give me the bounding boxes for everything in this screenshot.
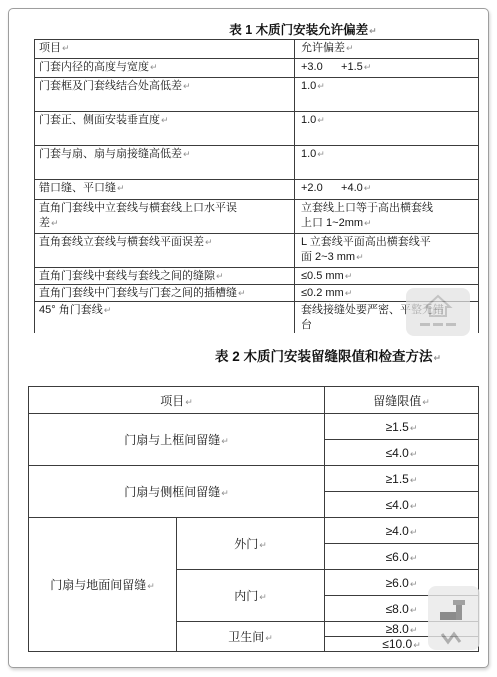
cell-text: ≥8.0 <box>386 622 409 636</box>
table1-value-cell: +2.0 +4.0↵ <box>295 180 479 200</box>
table2-value-cell: ≤8.0↵ <box>325 596 479 622</box>
table2-gap-limits: 项目↵ 留缝限值↵ 门扇与上框间留缝↵ ≥1.5↵ ≤4.0↵ 门扇与侧框间留缝… <box>28 386 479 652</box>
cell-text: ≤4.0 <box>386 446 409 460</box>
cell-text: 门套内径的高度与宽度 <box>39 61 149 73</box>
cell-text: ≥6.0 <box>386 576 409 590</box>
paragraph-mark-icon: ↵ <box>221 436 229 446</box>
cell-text: 1.0 <box>301 114 316 126</box>
paragraph-mark-icon: ↵ <box>317 115 325 125</box>
paragraph-mark-icon: ↵ <box>410 605 418 615</box>
paragraph-mark-icon: ↵ <box>183 81 191 91</box>
paragraph-mark-icon: ↵ <box>183 149 191 159</box>
table1-value-cell: 立套线上口等于高出横套线 上口 1~2mm↵ <box>295 200 479 234</box>
table2-value-cell: ≤10.0↵ <box>325 637 479 652</box>
table2-section-label-cell: 门扇与侧框间留缝↵ <box>29 466 325 518</box>
cell-text: 直角门套线中套线与套线之间的缝隙 <box>39 270 215 282</box>
paragraph-mark-icon: ↵ <box>422 397 430 407</box>
cell-text: 直角套线立套线与横套线平面误差 <box>39 236 204 248</box>
cell-text: +2.0 +4.0 <box>301 182 363 194</box>
table1-title: 表 1 木质门安装允许偏差↵ <box>117 20 489 38</box>
table-row: 错口缝、平口缝↵ +2.0 +4.0↵ <box>35 180 479 200</box>
paragraph-mark-icon: ↵ <box>346 43 354 53</box>
table1-value-cell: +3.0 +1.5↵ <box>295 59 479 78</box>
cell-text: 错口缝、平口缝 <box>39 182 116 194</box>
table2-value-cell: ≥6.0↵ <box>325 570 479 596</box>
table-row: 门套与扇、扇与扇接缝高低差↵ 1.0↵ <box>35 146 479 180</box>
table1-item-cell: 错口缝、平口缝↵ <box>35 180 295 200</box>
cell-text: 门套正、侧面安装垂直度 <box>39 114 160 126</box>
table1-container: 项目↵ 允许偏差↵ 门套内径的高度与宽度↵ +3.0 +1.5↵ 门套框及门套线… <box>34 39 480 333</box>
table2-header-value-cell: 留缝限值↵ <box>325 387 479 414</box>
table2-value-cell: ≥1.5↵ <box>325 466 479 492</box>
document-page-view: { "marks": { "pilcrow": "↵" }, "table1":… <box>0 0 497 677</box>
cell-text: ≥1.5 <box>386 472 409 486</box>
paragraph-mark-icon: ↵ <box>317 81 325 91</box>
cell-text: 门扇与地面间留缝 <box>50 578 146 592</box>
paragraph-mark-icon: ↵ <box>410 449 418 459</box>
paragraph-mark-icon: ↵ <box>62 43 70 53</box>
cell-text: 1.0 <box>301 148 316 160</box>
cell-text: 套线接缝处要严密、平整无错 台 <box>301 304 444 331</box>
cell-text: 门扇与上框间留缝 <box>124 433 220 447</box>
table-row: 门扇与侧框间留缝↵ ≥1.5↵ <box>29 466 479 492</box>
cell-text: ≤6.0 <box>386 550 409 564</box>
table2-header-row: 项目↵ 留缝限值↵ <box>29 387 479 414</box>
table1-item-cell: 直角套线立套线与横套线平面误差↵ <box>35 234 295 268</box>
paragraph-mark-icon: ↵ <box>364 62 372 72</box>
paragraph-mark-icon: ↵ <box>147 581 155 591</box>
table1-value-cell: ≤0.2 mm↵ <box>295 285 479 302</box>
paragraph-mark-icon: ↵ <box>410 501 418 511</box>
table1-value-cell: 套线接缝处要严密、平整无错 台 <box>295 302 479 334</box>
paragraph-mark-icon: ↵ <box>259 592 267 602</box>
table1-item-cell: 45° 角门套线↵ <box>35 302 295 334</box>
paragraph-mark-icon: ↵ <box>413 640 421 650</box>
table-row: 门扇与上框间留缝↵ ≥1.5↵ <box>29 414 479 440</box>
table1-value-cell: L 立套线平面高出横套线平 面 2~3 mm↵ <box>295 234 479 268</box>
cell-text: 1.0 <box>301 80 316 92</box>
cell-text: 直角门套线中立套线与横套线上口水平误 差 <box>39 202 237 229</box>
table2-container: 项目↵ 留缝限值↵ 门扇与上框间留缝↵ ≥1.5↵ ≤4.0↵ 门扇与侧框间留缝… <box>28 386 479 652</box>
table1-header-item-cell: 项目↵ <box>35 40 295 59</box>
cell-text: ≥4.0 <box>386 524 409 538</box>
table-row: 直角门套线中立套线与横套线上口水平误 差↵ 立套线上口等于高出横套线 上口 1~… <box>35 200 479 234</box>
table-row: 直角门套线中套线与套线之间的缝隙↵ ≤0.5 mm↵ <box>35 268 479 285</box>
table1-item-cell: 门套框及门套线结合处高低差↵ <box>35 78 295 112</box>
cell-text: 项目 <box>160 394 184 408</box>
table1-header-row: 项目↵ 允许偏差↵ <box>35 40 479 59</box>
table-row: 直角门套线中门套线与门套之间的插槽缝↵ ≤0.2 mm↵ <box>35 285 479 302</box>
table-row: 门扇与地面间留缝↵ 外门↵ ≥4.0↵ <box>29 518 479 544</box>
cell-text: ≤0.2 mm <box>301 287 344 299</box>
table1-title-text: 表 1 木质门安装允许偏差 <box>229 23 368 37</box>
table2-section-label-cell: 门扇与地面间留缝↵ <box>29 518 177 652</box>
paragraph-mark-icon: ↵ <box>410 625 418 635</box>
table2-title: 表 2 木质门安装留缝限值和检查方法↵ <box>128 345 497 365</box>
table1-value-cell: 1.0↵ <box>295 78 479 112</box>
paragraph-mark-icon: ↵ <box>433 353 441 363</box>
paragraph-mark-icon: ↵ <box>185 397 193 407</box>
table-row: 直角套线立套线与横套线平面误差↵ L 立套线平面高出横套线平 面 2~3 mm↵ <box>35 234 479 268</box>
paragraph-mark-icon: ↵ <box>345 288 353 298</box>
table2-subitem-cell: 外门↵ <box>177 518 325 570</box>
cell-text: L 立套线平面高出横套线平 面 2~3 mm <box>301 236 431 263</box>
cell-text: 门套与扇、扇与扇接缝高低差 <box>39 148 182 160</box>
table-row: 45° 角门套线↵ 套线接缝处要严密、平整无错 台 <box>35 302 479 334</box>
table-row: 门套框及门套线结合处高低差↵ 1.0↵ <box>35 78 479 112</box>
table2-subitem-cell: 卫生间↵ <box>177 622 325 652</box>
table2-header-item-cell: 项目↵ <box>29 387 325 414</box>
paragraph-mark-icon: ↵ <box>364 218 372 228</box>
table2-value-cell: ≤4.0↵ <box>325 440 479 466</box>
paragraph-mark-icon: ↵ <box>259 540 267 550</box>
cell-text: 留缝限值 <box>373 394 421 408</box>
table2-value-cell: ≥4.0↵ <box>325 518 479 544</box>
table2-title-text: 表 2 木质门安装留缝限值和检查方法 <box>215 349 433 364</box>
paragraph-mark-icon: ↵ <box>161 115 169 125</box>
paragraph-mark-icon: ↵ <box>410 553 418 563</box>
table2-section-label-cell: 门扇与上框间留缝↵ <box>29 414 325 466</box>
paragraph-mark-icon: ↵ <box>104 305 112 315</box>
cell-text: 项目 <box>39 42 61 54</box>
paragraph-mark-icon: ↵ <box>410 527 418 537</box>
paragraph-mark-icon: ↵ <box>117 183 125 193</box>
table1-header-value-cell: 允许偏差↵ <box>295 40 479 59</box>
cell-text: 直角门套线中门套线与门套之间的插槽缝 <box>39 287 237 299</box>
cell-text: 允许偏差 <box>301 42 345 54</box>
paragraph-mark-icon: ↵ <box>369 26 377 36</box>
cell-text: 外门 <box>234 537 258 551</box>
table2-value-cell: ≥1.5↵ <box>325 414 479 440</box>
table1-item-cell: 门套与扇、扇与扇接缝高低差↵ <box>35 146 295 180</box>
paragraph-mark-icon: ↵ <box>205 237 213 247</box>
cell-text: ≥1.5 <box>386 420 409 434</box>
cell-text: ≤10.0 <box>382 637 412 651</box>
paragraph-mark-icon: ↵ <box>216 271 224 281</box>
table2-value-cell: ≤6.0↵ <box>325 544 479 570</box>
cell-text: ≤4.0 <box>386 498 409 512</box>
paragraph-mark-icon: ↵ <box>410 423 418 433</box>
paragraph-mark-icon: ↵ <box>364 183 372 193</box>
paragraph-mark-icon: ↵ <box>345 271 353 281</box>
cell-text: 门扇与侧框间留缝 <box>124 485 220 499</box>
paragraph-mark-icon: ↵ <box>238 288 246 298</box>
paragraph-mark-icon: ↵ <box>356 252 364 262</box>
table1-item-cell: 门套正、侧面安装垂直度↵ <box>35 112 295 146</box>
paragraph-mark-icon: ↵ <box>150 62 158 72</box>
paragraph-mark-icon: ↵ <box>221 488 229 498</box>
table1-value-cell: 1.0↵ <box>295 112 479 146</box>
table1-item-cell: 直角门套线中门套线与门套之间的插槽缝↵ <box>35 285 295 302</box>
paragraph-mark-icon: ↵ <box>265 633 273 643</box>
cell-text: +3.0 +1.5 <box>301 61 363 73</box>
table1-item-cell: 门套内径的高度与宽度↵ <box>35 59 295 78</box>
table2-subitem-cell: 内门↵ <box>177 570 325 622</box>
paragraph-mark-icon: ↵ <box>51 218 59 228</box>
table-row: 门套内径的高度与宽度↵ +3.0 +1.5↵ <box>35 59 479 78</box>
table1-item-cell: 直角门套线中套线与套线之间的缝隙↵ <box>35 268 295 285</box>
paragraph-mark-icon: ↵ <box>410 475 418 485</box>
table1-allowable-deviation: 项目↵ 允许偏差↵ 门套内径的高度与宽度↵ +3.0 +1.5↵ 门套框及门套线… <box>34 39 479 333</box>
cell-text: ≤8.0 <box>386 602 409 616</box>
paragraph-mark-icon: ↵ <box>410 579 418 589</box>
cell-text: ≤0.5 mm <box>301 270 344 282</box>
table1-value-cell: 1.0↵ <box>295 146 479 180</box>
table2-value-cell: ≥8.0↵ <box>325 622 479 637</box>
cell-text: 门套框及门套线结合处高低差 <box>39 80 182 92</box>
table1-value-cell: ≤0.5 mm↵ <box>295 268 479 285</box>
document-page: 表 1 木质门安装允许偏差↵ 项目↵ 允许偏差↵ 门套内径的高度与宽度↵ +3.… <box>8 8 489 668</box>
paragraph-mark-icon: ↵ <box>317 149 325 159</box>
cell-text: 内门 <box>234 589 258 603</box>
cell-text: 45° 角门套线 <box>39 304 103 316</box>
table-row: 门套正、侧面安装垂直度↵ 1.0↵ <box>35 112 479 146</box>
cell-text: 卫生间 <box>228 630 264 644</box>
table2-value-cell: ≤4.0↵ <box>325 492 479 518</box>
table1-item-cell: 直角门套线中立套线与横套线上口水平误 差↵ <box>35 200 295 234</box>
